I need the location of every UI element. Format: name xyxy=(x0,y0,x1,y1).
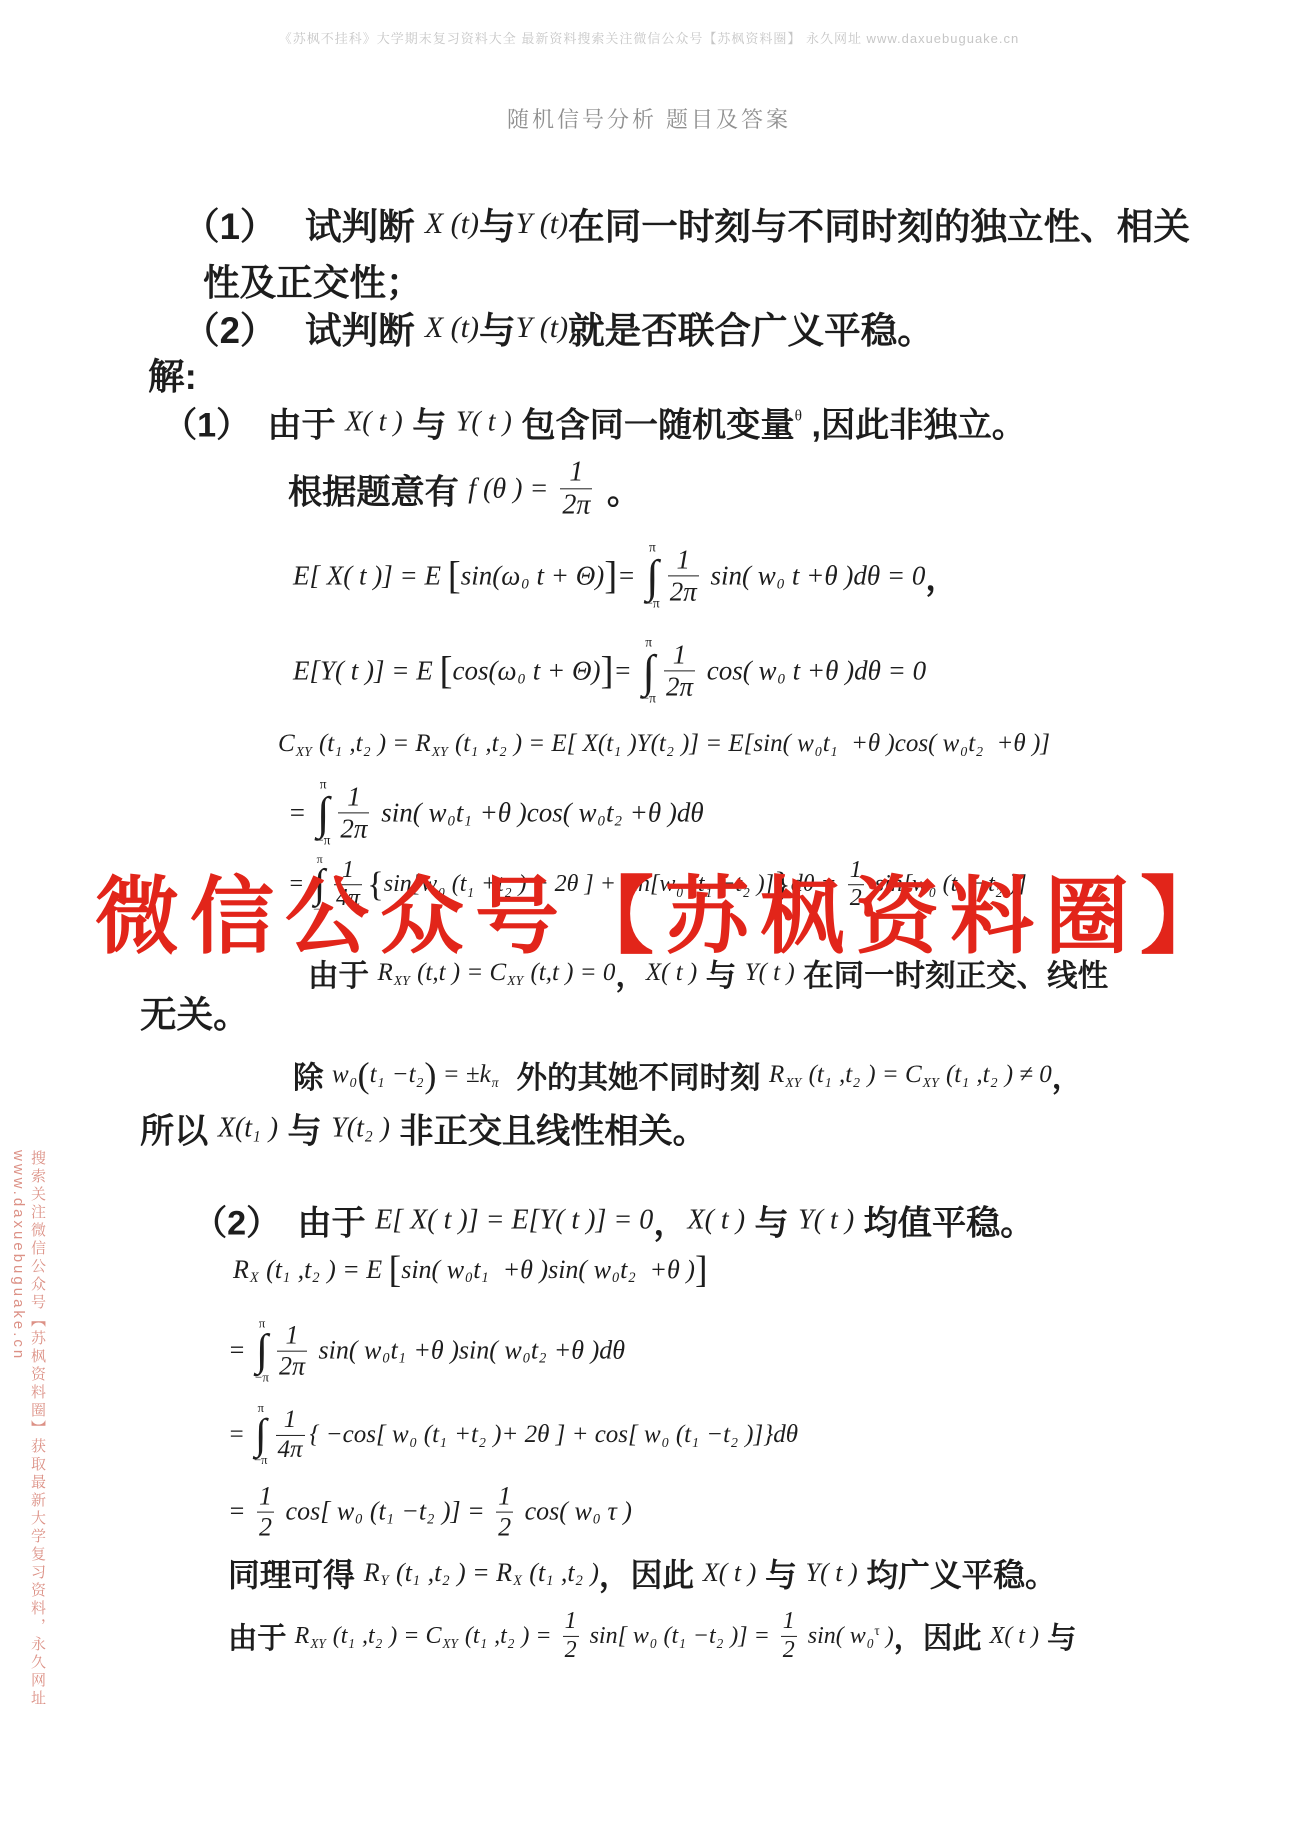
text-run: 与 xyxy=(756,1550,805,1596)
doc-line-s2-final: 由于 RXY (t1 ,t2 ) = CXY (t1 ,t2 ) = 12 si… xyxy=(228,1608,1076,1664)
subscript: 2 xyxy=(417,1075,424,1091)
math-run: R xyxy=(769,1061,784,1089)
doc-line-s1-density: 根据题意有 f (θ ) = 12π 。 xyxy=(288,456,641,521)
text-run: ，因此 xyxy=(894,1615,990,1657)
math-run: = xyxy=(228,1336,252,1366)
math-run: sin[ w xyxy=(584,1623,649,1650)
math-run: = ±k xyxy=(436,1061,490,1089)
math-run: )] = xyxy=(724,1623,776,1650)
math-run: (t xyxy=(390,1558,412,1588)
math-run: t xyxy=(473,1255,480,1285)
subscript: XY xyxy=(394,973,410,989)
doc-line-s2-intro: （2） 由于 E[ X( t )] = E[Y( t )] = 0，X( t )… xyxy=(193,1196,1034,1245)
math-run: ) = E xyxy=(321,1255,389,1285)
math-run: (t xyxy=(670,1421,692,1449)
math-run: E[ X( t )] = E[Y( t )] = 0 xyxy=(375,1204,653,1236)
math-run: +θ )dθ xyxy=(547,1336,625,1366)
math-run: t xyxy=(620,1255,627,1285)
math-run: +t xyxy=(448,1421,478,1449)
subscript: XY xyxy=(310,1636,325,1652)
math-run: (t xyxy=(940,1061,962,1089)
fraction: 12π xyxy=(277,1321,307,1382)
math-run: +θ )] xyxy=(984,730,1050,758)
math-run: ) = C xyxy=(383,1623,441,1650)
math-run: Y( t ) xyxy=(806,1558,858,1588)
math-run: (t xyxy=(418,1421,440,1449)
math-run: t +θ )dθ = 0 xyxy=(786,655,926,686)
math-run: )+ 2θ ] + cos[ w xyxy=(487,1421,661,1449)
math-run: Y( t ) xyxy=(456,406,512,438)
subscript: 0 xyxy=(410,1435,417,1451)
text-run: 与 xyxy=(1039,1615,1076,1657)
subscript: 1 xyxy=(481,1636,488,1652)
subscript: XY xyxy=(785,1075,801,1091)
math-run: C xyxy=(278,730,295,758)
math-run: Y(t xyxy=(331,1112,364,1144)
doc-line-s1-ex: E[ X( t )] = E [sin(ω0 t + Θ)]= π∫−π12π … xyxy=(293,541,958,610)
text-run: ， xyxy=(653,1196,687,1245)
math-run: X( t ) xyxy=(990,1623,1039,1650)
math-run: )Y(t xyxy=(622,730,666,758)
math-run: ) = R xyxy=(450,1558,512,1588)
subscript: 2 xyxy=(614,813,621,830)
math-run: τ ) xyxy=(601,1497,632,1527)
math-run: t xyxy=(456,797,464,828)
integral: π∫−π xyxy=(316,778,330,847)
math-run: ,t xyxy=(970,1061,989,1089)
subscript: 2 xyxy=(628,1270,635,1287)
text-run: 由于 xyxy=(228,1615,295,1657)
math-run: +θ )sin( w xyxy=(490,1255,611,1285)
subscript: 1 xyxy=(378,1075,385,1091)
fraction: 12π xyxy=(338,781,369,844)
doc-line-s2-same: 同理可得 RY (t1 ,t2 ) = RX (t1 ,t2 )，因此 X( t… xyxy=(228,1550,1057,1596)
text-run: 在同一时刻与不同时刻的独立性、相关 xyxy=(568,198,1190,250)
doc-line-q2-line: （2） 试判断 X (t)与Y (t)就是否联合广义平稳。 xyxy=(183,302,934,354)
math-run: X (t) xyxy=(425,207,479,241)
math-run: t + Θ) xyxy=(530,560,604,591)
math-run: cos( w xyxy=(518,1497,592,1527)
subscript: 1 xyxy=(546,1573,553,1590)
bracket: [ xyxy=(439,648,452,693)
math-run: R xyxy=(295,1623,310,1650)
subscript: 2 xyxy=(376,1636,383,1652)
math-run: sin(ω xyxy=(461,560,521,591)
math-run: ) = R xyxy=(371,730,430,758)
math-run: −t xyxy=(385,1061,415,1089)
math-run: Y (t) xyxy=(516,311,569,345)
doc-line-q1-line1: （1） 试判断 X (t)与Y (t)在同一时刻与不同时刻的独立性、相关 xyxy=(183,198,1190,250)
subscript: 2 xyxy=(364,744,371,760)
math-run: X( t ) xyxy=(345,406,403,438)
math-run: (t xyxy=(449,730,471,758)
subscript: 2 xyxy=(667,744,674,760)
subscript: 2 xyxy=(508,1636,515,1652)
math-run: ,t xyxy=(554,1558,574,1588)
doc-line-s1-ey: E[Y( t )] = E [cos(ω0 t + Θ)]= π∫−π12π c… xyxy=(293,636,926,705)
subscript: 1 xyxy=(825,1075,832,1091)
math-run: X( t ) xyxy=(703,1558,756,1588)
subscript: 1 xyxy=(692,1435,699,1451)
math-run: (t xyxy=(459,1623,480,1650)
subscript: 1 xyxy=(962,1075,969,1091)
math-run: X (t) xyxy=(425,311,479,345)
text-run: 非正交且线性相关。 xyxy=(390,1104,707,1153)
math-run: ) xyxy=(374,1112,390,1144)
math-run: ,t xyxy=(833,1061,852,1089)
text-run: 。 xyxy=(597,465,641,514)
subscript: 1 xyxy=(831,744,838,760)
math-run: E[Y( t )] = E xyxy=(293,655,439,686)
math-run: (t xyxy=(327,1623,348,1650)
text-run: 根据题意有 xyxy=(288,465,468,514)
text-run: （1） 试判断 xyxy=(183,198,425,250)
math-run: Y (t) xyxy=(516,207,569,241)
text-run: 无关。 xyxy=(140,986,250,1038)
subscript: 1 xyxy=(387,1512,394,1529)
math-run: +θ )cos( w xyxy=(839,730,960,758)
subscript: 1 xyxy=(481,1270,488,1287)
fraction: 12 xyxy=(563,1608,579,1664)
math-run: (t xyxy=(523,1558,545,1588)
fraction: 14π xyxy=(276,1406,305,1465)
subscript: 0 xyxy=(382,1351,389,1368)
text-run: 与 xyxy=(403,398,456,447)
subscript: 1 xyxy=(335,744,342,760)
fraction: 12π xyxy=(668,544,699,607)
subscript: 2 xyxy=(731,1435,738,1451)
subscript: XY xyxy=(432,744,448,760)
subscript: 2 xyxy=(853,1075,860,1091)
math-run: = xyxy=(288,797,313,828)
doc-line-s1-except: 除 w0(t1 −t2) = ±kπ 外的其她不同时刻 RXY (t1 ,t2 … xyxy=(293,1053,1082,1097)
math-run: t xyxy=(968,730,975,758)
subscript: 0 xyxy=(867,1636,874,1652)
math-run: E[ X( t )] = E xyxy=(293,560,448,591)
math-run: −t xyxy=(395,1497,426,1527)
math-run: t + Θ) xyxy=(526,655,600,686)
math-run: +θ )cos( w xyxy=(473,797,597,828)
subscript: 0 xyxy=(355,1512,362,1529)
small-symbol: τ xyxy=(874,1623,879,1639)
math-run: { −cos[ w xyxy=(310,1421,409,1449)
subscript: 1 xyxy=(471,744,478,760)
math-run: (t xyxy=(802,1061,824,1089)
math-run: )] = E[sin( w xyxy=(675,730,814,758)
subscript: 1 xyxy=(464,813,471,830)
math-run: w xyxy=(332,1061,349,1089)
math-run: t xyxy=(606,797,614,828)
doc-line-s1-cxy: CXY (t1 ,t2 ) = RXY (t1 ,t2 ) = E[ X(t1 … xyxy=(278,730,1050,758)
math-run: = xyxy=(228,1421,251,1449)
math-run: R xyxy=(233,1255,249,1285)
doc-line-s2-rx: RX (t1 ,t2 ) = E [sin( w0t1 +θ )sin( w0t… xyxy=(233,1248,708,1292)
subscript: 0 xyxy=(777,671,784,688)
subscript: 2 xyxy=(717,1636,724,1652)
text-run: （1） 由于 xyxy=(163,398,345,447)
math-run: sin( w xyxy=(704,560,776,591)
fraction: 12 xyxy=(496,1482,513,1543)
subscript: XY xyxy=(507,973,523,989)
text-run: 与 xyxy=(479,198,516,250)
text-run: 同理可得 xyxy=(228,1550,364,1596)
subscript: X xyxy=(513,1573,522,1590)
math-run: t xyxy=(390,1336,397,1366)
fraction: 12π xyxy=(664,639,695,702)
math-run: t xyxy=(531,1336,538,1366)
doc-line-s1-concl: 所以 X(t1 ) 与 Y(t2 ) 非正交且线性相关。 xyxy=(140,1104,707,1153)
doc-line-s1-intro: （1） 由于 X( t ) 与 Y( t ) 包含同一随机变量θ ,因此非独立。 xyxy=(163,398,1026,447)
math-run: (t xyxy=(658,1623,679,1650)
fraction: 12π xyxy=(560,456,592,521)
math-run: ) ≠ 0 xyxy=(998,1061,1051,1089)
watermark-overlay: 微信公众号【苏枫资料圈】 xyxy=(95,850,1235,971)
subscript: 2 xyxy=(365,1128,373,1146)
subscript: 1 xyxy=(283,1270,290,1287)
math-run: )] = xyxy=(435,1497,491,1527)
integral: π∫−π xyxy=(645,541,659,610)
subscript: 1 xyxy=(348,1636,355,1652)
bracket: ) xyxy=(424,1054,436,1096)
subscript: XY xyxy=(296,744,312,760)
text-run: 除 xyxy=(293,1053,332,1097)
text-run: 与 xyxy=(745,1196,798,1245)
text-run: 解: xyxy=(148,348,197,400)
subscript: 2 xyxy=(312,1270,319,1287)
side-watermark: 搜索关注微信公众号【苏枫资料圈】获取最新大学复习资料，永久网址www.daxue… xyxy=(10,1150,48,1810)
bracket: ] xyxy=(695,1248,708,1292)
doc-line-s2-int1: = π∫−π12π sin( w0t1 +θ )sin( w0t2 +θ )dθ xyxy=(228,1318,625,1385)
subscript: 1 xyxy=(440,1435,447,1451)
math-run: ,t xyxy=(343,730,362,758)
math-run: X( t ) xyxy=(687,1204,745,1236)
subscript: X xyxy=(250,1270,259,1287)
text-run: ,因此非独立。 xyxy=(802,398,1026,447)
subscript: 0 xyxy=(350,1075,357,1091)
math-run: ) = C xyxy=(861,1061,922,1089)
math-run: cos(ω xyxy=(453,655,517,686)
math-run: (t xyxy=(313,730,335,758)
math-run: −t xyxy=(687,1623,716,1650)
subscript: 0 xyxy=(598,813,605,830)
math-run: R xyxy=(364,1558,380,1588)
small-symbol: θ xyxy=(795,408,802,426)
math-run: X(t xyxy=(218,1112,252,1144)
math-run: = xyxy=(228,1497,252,1527)
math-run: ) = xyxy=(515,1623,557,1650)
math-run: sin( w xyxy=(401,1255,464,1285)
math-run: ,t xyxy=(488,1623,507,1650)
math-run: ) xyxy=(262,1112,278,1144)
subscript: 2 xyxy=(576,1573,583,1590)
math-run: ,t xyxy=(479,730,498,758)
integral: π∫−π xyxy=(255,1318,269,1385)
math-run: ) xyxy=(584,1558,599,1588)
bracket: [ xyxy=(389,1248,402,1292)
subscript: 0 xyxy=(815,744,822,760)
subscript: 1 xyxy=(253,1128,261,1146)
subscript: 1 xyxy=(679,1636,686,1652)
math-run: cos( w xyxy=(700,655,777,686)
math-run: +θ )dθ xyxy=(623,797,704,828)
math-run: Y( t ) xyxy=(798,1204,854,1236)
math-run: sin( w xyxy=(312,1336,381,1366)
math-run: +θ )sin( w xyxy=(407,1336,522,1366)
subscript: 0 xyxy=(612,1270,619,1287)
subscript: 1 xyxy=(399,1351,406,1368)
math-run: −t xyxy=(700,1421,730,1449)
math-run: f (θ ) = xyxy=(468,473,555,505)
integral: π∫−π xyxy=(254,1403,267,1467)
subscript: XY xyxy=(923,1075,939,1091)
subscript: 0 xyxy=(465,1270,472,1287)
bracket: ( xyxy=(358,1054,370,1096)
text-run: 性及正交性； xyxy=(203,254,422,306)
text-run: 就是否联合广义平稳。 xyxy=(568,302,934,354)
text-run: 包含同一随机变量 xyxy=(512,398,795,447)
math-run: ) = E[ X(t xyxy=(507,730,613,758)
text-run: ，因此 xyxy=(599,1550,703,1596)
subscript: π xyxy=(492,1075,499,1091)
math-run: (t xyxy=(260,1255,282,1285)
subscript: 0 xyxy=(523,1351,530,1368)
math-run: t xyxy=(370,1061,377,1089)
text-run: 所以 xyxy=(140,1104,218,1153)
text-run: 均广义平稳。 xyxy=(858,1550,1057,1596)
fraction: 12 xyxy=(257,1482,274,1543)
math-run: (t xyxy=(363,1497,385,1527)
subscript: 2 xyxy=(976,744,983,760)
math-run: ,t xyxy=(291,1255,311,1285)
math-run: ) xyxy=(880,1623,894,1650)
subscript: 2 xyxy=(539,1351,546,1368)
subscript: 2 xyxy=(427,1512,434,1529)
math-run: ,t xyxy=(421,1558,441,1588)
doc-line-s1-orth2: 无关。 xyxy=(140,986,250,1038)
bracket: ] xyxy=(600,648,613,693)
fraction: 12 xyxy=(781,1608,797,1664)
text-run: 外的其她不同时刻 xyxy=(500,1053,769,1097)
math-run: cos[ w xyxy=(279,1497,354,1527)
math-run: +θ ) xyxy=(636,1255,694,1285)
doc-line-s2-result: = 12 cos[ w0 (t1 −t2 )] = 12 cos( w0 τ ) xyxy=(228,1482,632,1543)
text-run: 均值平稳。 xyxy=(854,1196,1034,1245)
doc-line-q1-line2: 性及正交性； xyxy=(203,254,422,306)
math-run: sin( w xyxy=(374,797,446,828)
subscript: 1 xyxy=(413,1573,420,1590)
document-page: 《苏枫不挂科》大学期末复习资料大全 最新资料搜索关注微信公众号【苏枫资料圈】 永… xyxy=(0,0,1298,1837)
doc-line-s2-int2: = π∫−π14π{ −cos[ w0 (t1 +t2 )+ 2θ ] + co… xyxy=(228,1403,798,1467)
subscript: 0 xyxy=(960,744,967,760)
subscript: 2 xyxy=(442,1573,449,1590)
math-run: sin( w xyxy=(802,1623,866,1650)
doc-line-s1-int1: = π∫−π12π sin( w0t1 +θ )cos( w0t2 +θ )dθ xyxy=(288,778,704,847)
math-run: t +θ )dθ = 0 xyxy=(785,560,925,591)
text-run: （2） 试判断 xyxy=(183,302,425,354)
text-run: （2） 由于 xyxy=(193,1196,375,1245)
math-run: = xyxy=(614,655,639,686)
text-run: 与 xyxy=(278,1104,331,1153)
text-run: ， xyxy=(925,552,958,599)
subscript: 0 xyxy=(447,813,454,830)
subscript: 2 xyxy=(479,1435,486,1451)
math-run: = xyxy=(617,560,642,591)
doc-line-jie: 解: xyxy=(148,348,197,400)
text-run: 与 xyxy=(479,302,516,354)
subscript: 0 xyxy=(521,576,528,593)
subscript: 2 xyxy=(500,744,507,760)
subscript: 0 xyxy=(518,671,525,688)
subscript: 0 xyxy=(662,1435,669,1451)
integral: π∫−π xyxy=(642,636,656,705)
math-run: )]}dθ xyxy=(739,1421,798,1449)
subscript: Y xyxy=(381,1573,389,1590)
text-run: ， xyxy=(1052,1053,1083,1097)
subscript: 0 xyxy=(650,1636,657,1652)
math-run: ,t xyxy=(356,1623,375,1650)
subscript: 0 xyxy=(777,576,784,593)
subscript: 2 xyxy=(991,1075,998,1091)
subscript: 0 xyxy=(593,1512,600,1529)
bracket: ] xyxy=(604,553,617,598)
subscript: XY xyxy=(442,1636,457,1652)
math-run: t xyxy=(823,730,830,758)
bracket: [ xyxy=(448,553,461,598)
subscript: 1 xyxy=(614,744,621,760)
